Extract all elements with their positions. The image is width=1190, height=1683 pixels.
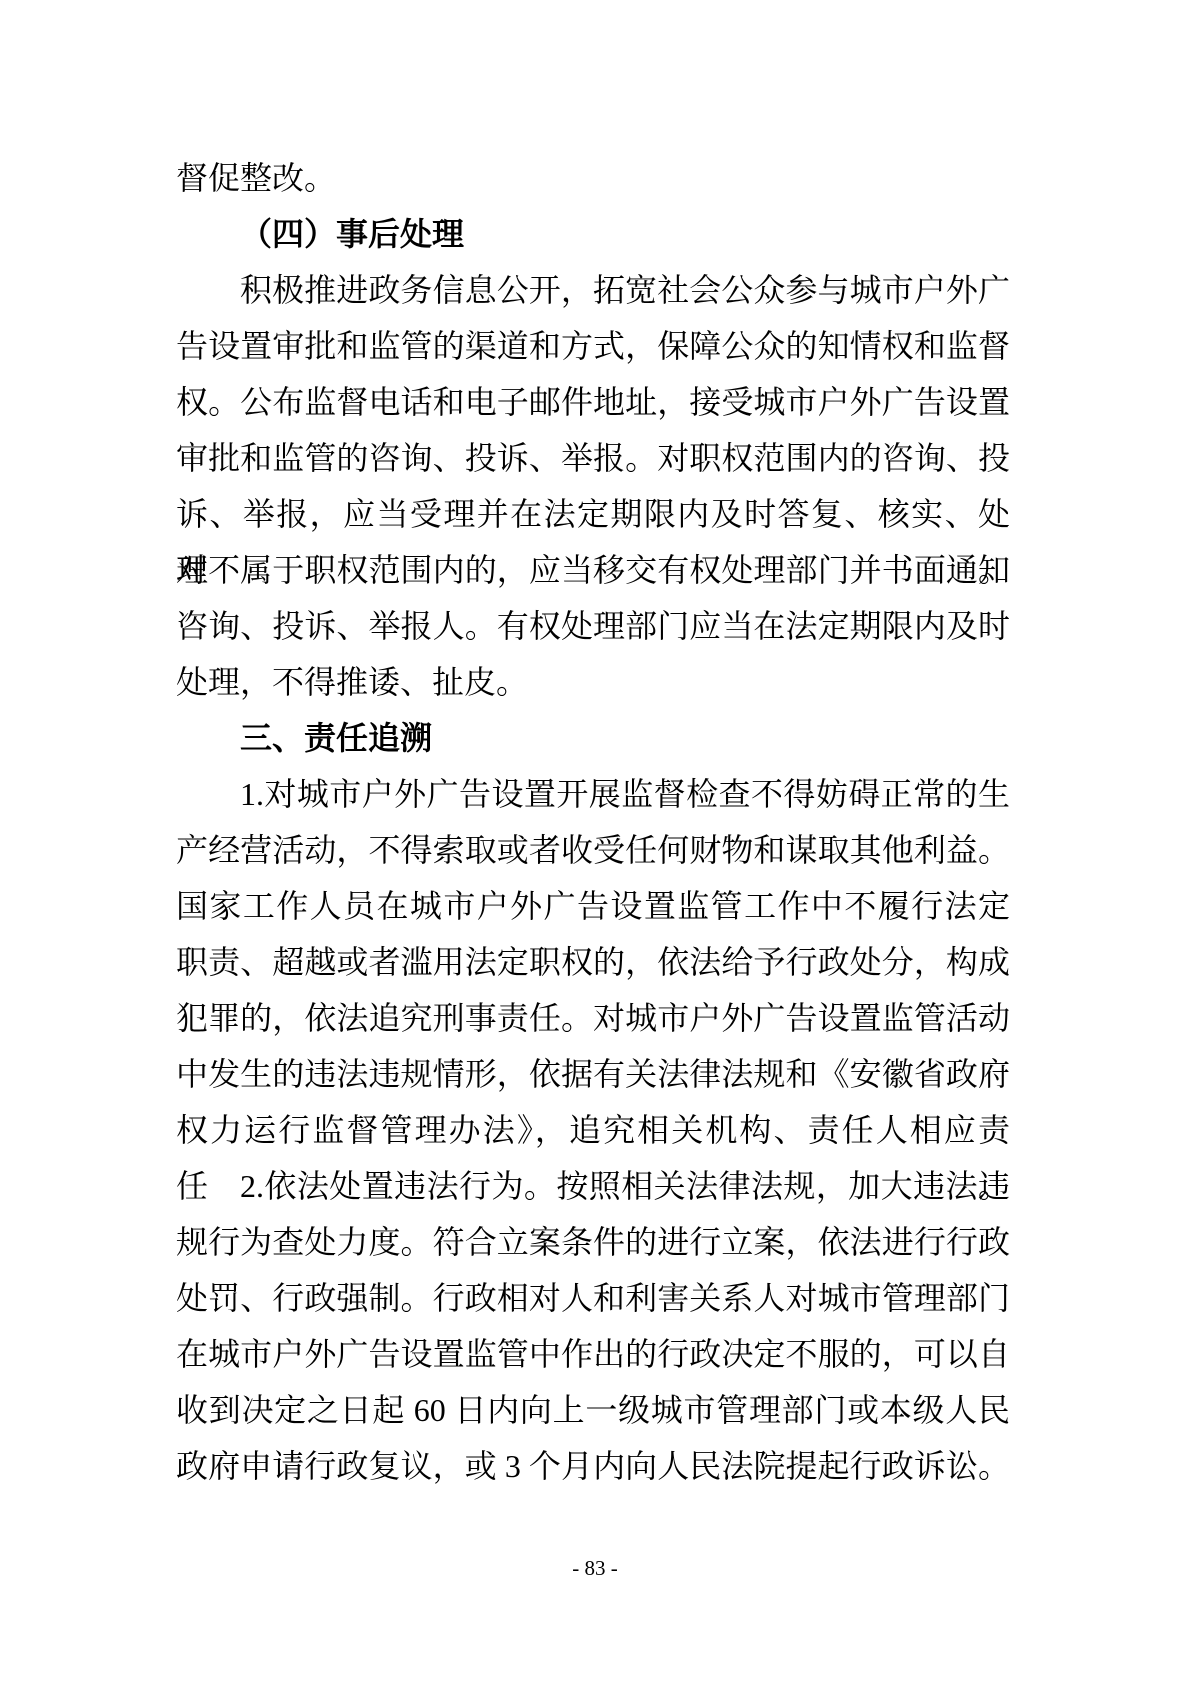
- body-text-line: 督促整改。: [176, 150, 1010, 206]
- body-text-line: 告设置审批和监管的渠道和方式，保障公众的知情权和监督: [176, 318, 1010, 374]
- body-text-line: 犯罪的，依法追究刑事责任。对城市户外广告设置监管活动: [176, 990, 1010, 1046]
- body-text-line: 处理，不得推诿、扯皮。: [176, 654, 1010, 710]
- body-text-line: 职责、超越或者滥用法定职权的，依法给予行政处分，构成: [176, 934, 1010, 990]
- section-heading: （四）事后处理: [176, 206, 1010, 262]
- section-heading: 三、责任追溯: [176, 710, 1010, 766]
- body-text-line: 审批和监管的咨询、投诉、举报。对职权范围内的咨询、投: [176, 430, 1010, 486]
- body-text-line: 规行为查处力度。符合立案条件的进行立案，依法进行行政: [176, 1214, 1010, 1270]
- body-text-line: 权。公布监督电话和电子邮件地址，接受城市户外广告设置: [176, 374, 1010, 430]
- body-text-line: 政府申请行政复议，或 3 个月内向人民法院提起行政诉讼。: [176, 1438, 1010, 1494]
- body-text-line: 2.依法处置违法行为。按照相关法律法规，加大违法违: [176, 1158, 1010, 1214]
- body-text-line: 国家工作人员在城市户外广告设置监管工作中不履行法定: [176, 878, 1010, 934]
- body-text-line: 权力运行监督管理办法》，追究相关机构、责任人相应责任。: [176, 1102, 1010, 1158]
- body-text-line: 咨询、投诉、举报人。有权处理部门应当在法定期限内及时: [176, 598, 1010, 654]
- body-text-line: 对不属于职权范围内的，应当移交有权处理部门并书面通知: [176, 542, 1010, 598]
- document-page: 督促整改。（四）事后处理积极推进政务信息公开，拓宽社会公众参与城市户外广告设置审…: [0, 0, 1190, 1683]
- body-text-line: 1.对城市户外广告设置开展监督检查不得妨碍正常的生: [176, 766, 1010, 822]
- body-text-line: 积极推进政务信息公开，拓宽社会公众参与城市户外广: [176, 262, 1010, 318]
- body-text-line: 处罚、行政强制。行政相对人和利害关系人对城市管理部门: [176, 1270, 1010, 1326]
- body-text-line: 在城市户外广告设置监管中作出的行政决定不服的，可以自: [176, 1326, 1010, 1382]
- page-footer: - 83 -: [0, 1552, 1190, 1584]
- body-text-line: 中发生的违法违规情形，依据有关法律法规和《安徽省政府: [176, 1046, 1010, 1102]
- document-body: 督促整改。（四）事后处理积极推进政务信息公开，拓宽社会公众参与城市户外广告设置审…: [176, 150, 1010, 1494]
- body-text-line: 产经营活动，不得索取或者收受任何财物和谋取其他利益。: [176, 822, 1010, 878]
- body-text-line: 收到决定之日起 60 日内向上一级城市管理部门或本级人民: [176, 1382, 1010, 1438]
- page-number: - 83 -: [572, 1556, 618, 1580]
- body-text-line: 诉、举报，应当受理并在法定期限内及时答复、核实、处理。: [176, 486, 1010, 542]
